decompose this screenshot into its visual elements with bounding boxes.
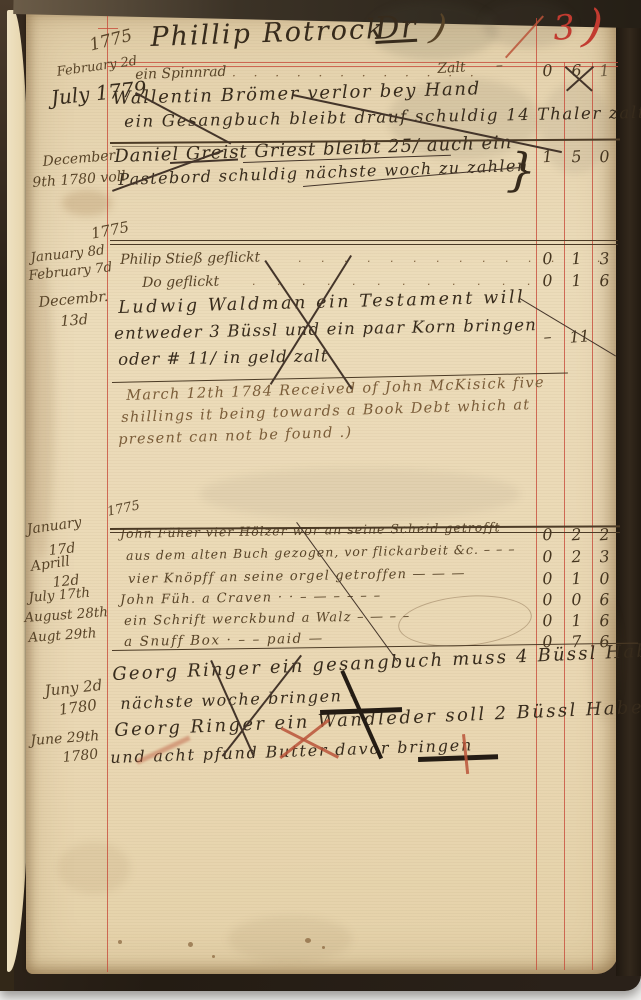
foxing-spot (322, 946, 325, 949)
money-pounds: 0 (534, 548, 561, 566)
money-shillings: 1 (563, 272, 590, 290)
entry-line: oder # 11/ in geld zalt (118, 348, 329, 368)
money-shillings: 0 (563, 591, 590, 609)
money-pence: 0 (591, 148, 618, 166)
money-pounds: 0 (534, 526, 561, 544)
stain (62, 190, 112, 216)
stain (200, 468, 520, 520)
money-shillings: 1 (563, 570, 590, 588)
money-shillings: 1 (563, 250, 590, 268)
entry-separator (112, 146, 312, 147)
section-separator (110, 244, 618, 245)
money-shillings: 1 (563, 612, 590, 630)
money-pence: 2 (591, 526, 618, 544)
money-pounds: 0 (534, 272, 561, 290)
entry-item: ein Spinnrad (135, 65, 227, 82)
foxing-spot (188, 942, 193, 947)
money-shillings: 2 (563, 548, 590, 566)
foxing-spot (212, 955, 215, 958)
money-pounds: 0 (534, 570, 561, 588)
page-number: 3 (552, 10, 576, 45)
money-pence: 3 (591, 250, 618, 268)
money-pounds: – (534, 328, 561, 346)
money-pence: 6 (591, 612, 618, 630)
book-cover-right-edge (616, 14, 641, 976)
section-separator (110, 532, 620, 533)
money-shillings: 2 (563, 526, 590, 544)
stain (228, 916, 352, 962)
money-pounds: 0 (534, 62, 561, 80)
money-shillings: 11 (566, 328, 593, 346)
money-pounds: 0 (534, 250, 561, 268)
date-year: 1780 (62, 747, 99, 765)
money-shillings: 5 (563, 148, 590, 166)
money-pounds: 0 (534, 591, 561, 609)
entry-item: Do geflickt (142, 275, 219, 290)
stain (58, 842, 130, 894)
money-pence: 6 (591, 591, 618, 609)
money-rule-pence (592, 62, 593, 970)
money-shillings: 7 (563, 633, 590, 651)
entry-item: Philip Stieß geflickt (120, 251, 260, 267)
entry-zalt: Zalt – (437, 59, 503, 76)
money-pounds: 0 (534, 633, 561, 651)
section-separator (110, 240, 618, 241)
foxing-spot (118, 940, 122, 944)
account-title: Phillip Rotrock (150, 16, 385, 51)
money-pence: 6 (591, 272, 618, 290)
money-rule-shillings (564, 62, 565, 970)
money-pence: 1 (591, 62, 618, 80)
foxing-spot (305, 938, 311, 943)
date-line: 13d (60, 313, 89, 329)
closing-brace: } (506, 146, 538, 193)
money-pence: 3 (591, 548, 618, 566)
money-pounds: 0 (534, 612, 561, 630)
debit-mark: Dr (374, 12, 417, 45)
money-pence: 0 (591, 570, 618, 588)
